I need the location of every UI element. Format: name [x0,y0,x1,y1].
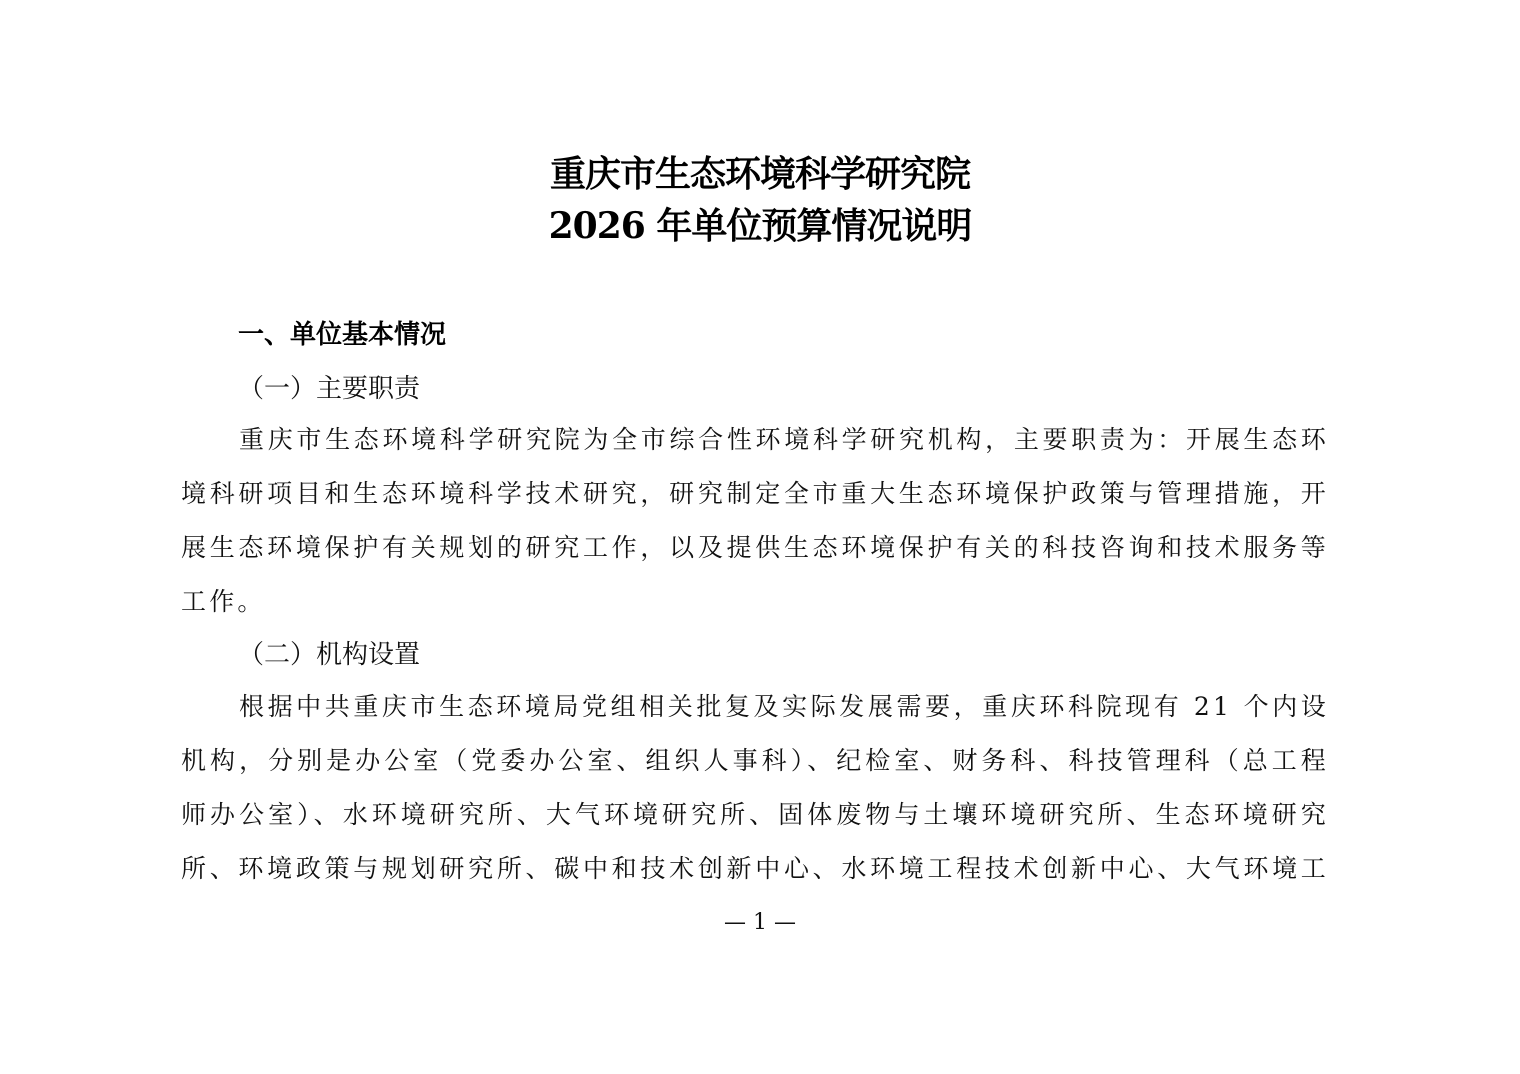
paragraph-line: 展生态环境保护有关规划的研究工作，以及提供生态环境保护有关的科技咨询和技术服务等 [181,521,1329,575]
document-page: 重庆市生态环境科学研究院 2026 年单位预算情况说明 一、单位基本情况 （一）… [0,0,1520,1074]
page-number: — 1 — [0,910,1520,935]
subsection-heading-main-duties: （一）主要职责 [238,368,420,405]
paragraph-main-duties: 重庆市生态环境科学研究院为全市综合性环境科学研究机构，主要职责为：开展生态环 境… [181,413,1329,629]
paragraph-line: 境科研项目和生态环境科学技术研究，研究制定全市重大生态环境保护政策与管理措施，开 [181,467,1329,521]
paragraph-line: 师办公室）、水环境研究所、大气环境研究所、固体废物与土壤环境研究所、生态环境研究 [181,788,1329,842]
paragraph-line: 根据中共重庆市生态环境局党组相关批复及实际发展需要，重庆环科院现有 21 个内设 [181,680,1329,734]
document-title-line2: 2026 年单位预算情况说明 [0,198,1520,249]
paragraph-line: 机构，分别是办公室（党委办公室、组织人事科）、纪检室、财务科、科技管理科（总工程 [181,734,1329,788]
paragraph-line: 工作。 [181,575,1329,629]
section-heading-basic-info: 一、单位基本情况 [238,314,446,351]
paragraph-line: 所、环境政策与规划研究所、碳中和技术创新中心、水环境工程技术创新中心、大气环境工 [181,842,1329,896]
document-title-line1: 重庆市生态环境科学研究院 [0,146,1520,197]
paragraph-line: 重庆市生态环境科学研究院为全市综合性环境科学研究机构，主要职责为：开展生态环 [181,413,1329,467]
paragraph-org-structure: 根据中共重庆市生态环境局党组相关批复及实际发展需要，重庆环科院现有 21 个内设… [181,680,1329,896]
subsection-heading-org-structure: （二）机构设置 [238,634,420,671]
